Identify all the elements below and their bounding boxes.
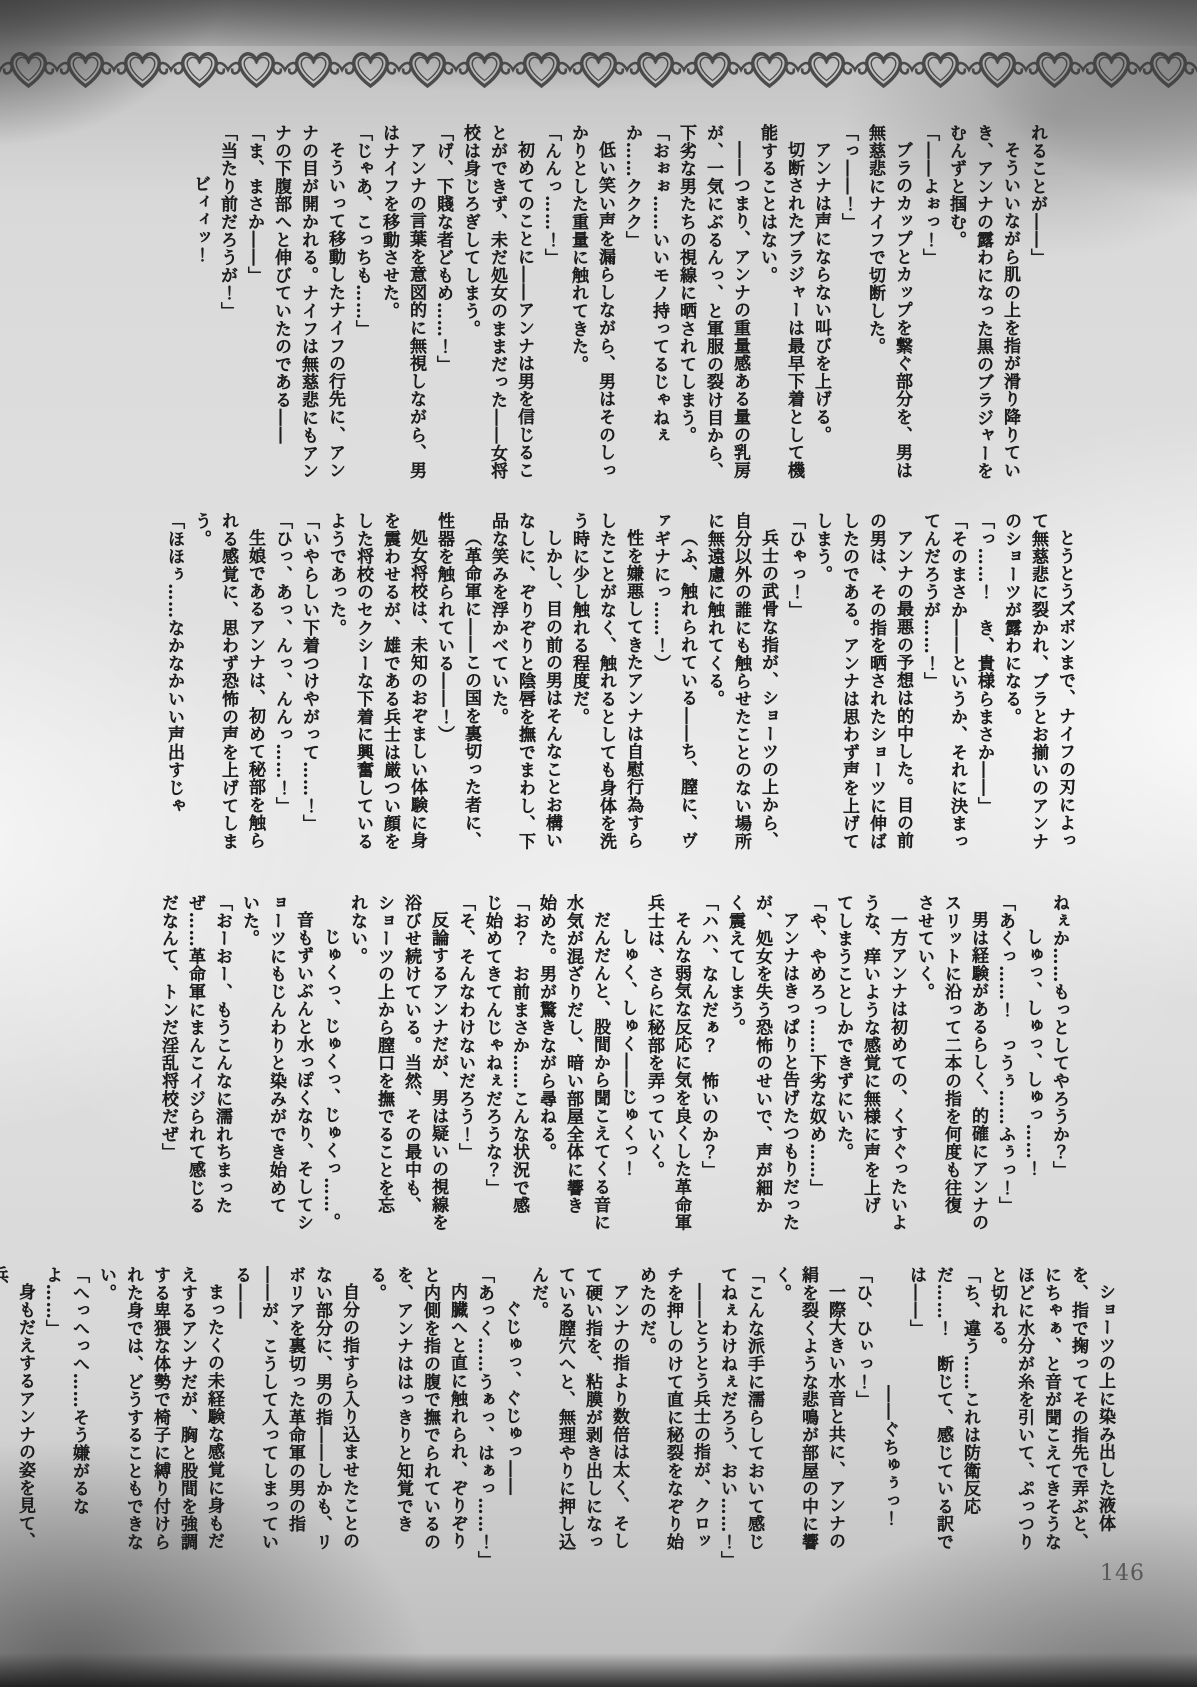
paragraph: アンナはきっぱりと告げたつもりだったが、処女を失う恐怖のせいで、声が細かく震えて… [721, 894, 802, 1232]
paragraph: アンナの最悪の予想は的中した。目の前の男は、その指を晒されたショーツに伸ばしたの… [808, 512, 916, 860]
paragraph: まったくの未経験な感覚に身もだえするアンナだが、胸と股間を強調する卑猥な体勢で椅… [92, 1266, 227, 1564]
paragraph: しゅっ、しゅっ、しゅっ……！ [1018, 894, 1045, 1232]
page-number: 146 [1100, 1561, 1145, 1586]
paragraph: 低い笑い声を漏らしながら、男はそのしっかりとした重量に触れてきた。 [564, 124, 618, 480]
paragraph: 「じゃあ、こっちも……」 [348, 124, 375, 480]
paragraph: 「ひっ、あっ、んっ、んんっ……！」 [268, 512, 295, 860]
bottom-gradient-shade [0, 1653, 1197, 1687]
paragraph: ぐじゅっ、ぐじゅっ―― [497, 1266, 524, 1564]
paragraph: 「そ、そんなわけないだろう！」 [451, 894, 478, 1232]
paragraph: 「お？ お前まさか……こんな状況で感じ始めてきてんじゃねぇだろうな？」 [478, 894, 532, 1232]
paragraph: しかし、目の前の男はそんなことお構いなしに、ぞりぞりと陰唇を撫でまわし、下品な笑… [484, 512, 565, 860]
paragraph: アンナの言葉を意図的に無視しながら、男はナイフを移動させた。 [375, 124, 429, 480]
paragraph: アンナの指より数倍は太く、そして硬い指を、粘膜が剥き出しになっている膣穴へと、無… [524, 1266, 632, 1564]
paragraph: 初めてのことに――アンナは男を信じることができず、未だ処女のままだった――女将校… [456, 124, 537, 480]
paragraph: 内臓へと直に触れられ、ぞりぞりと内側を指の腹で撫でられているのを、アンナははっき… [362, 1266, 470, 1564]
paragraph: ねぇか……もっとしてやろうか？」 [1045, 894, 1072, 1232]
paragraph: 「んんっ……！」 [537, 124, 564, 480]
paragraph: 「こんな派手に濡らしておいて感じてねぇわけねぇだろう、おい……！」 [713, 1266, 767, 1564]
paragraph: 「ま、まさか――」 [240, 124, 267, 480]
paragraph: （ふ、触れられている――ち、膣に、ヴァギナにっ……！） [646, 512, 700, 860]
paragraph: 「あくっ……！ っうぅ……ふぅっ！」 [991, 894, 1018, 1232]
paragraph: 音もずいぶんと水っぽくなり、そしてショーツにもじんわりと染みができ始めていた。 [235, 894, 316, 1232]
paragraph: ショーツの上に染み出した液体を、指で掬ってその指先で弄ぶと、にちゃぁ、と音が聞こ… [983, 1266, 1118, 1564]
paragraph: 「や、やめろっ……下劣な奴め……」 [802, 894, 829, 1232]
paragraph: 「そのまさか――というか、それに決まってんだろうが……！」 [916, 512, 970, 860]
paragraph: アンナは声にならない叫びを上げる。 [807, 124, 834, 480]
text-block-2: とうとうズボンまで、ナイフの刃によって無慈悲に裂かれ、ブラとお揃いのアンナのショ… [160, 512, 1078, 860]
paragraph: 身もだえするアンナの姿を見て、兵 [0, 1266, 38, 1564]
paragraph: 「ち、違う……これは防衛反応だ……！ 断じて、感じている訳では――」 [902, 1266, 983, 1564]
paragraph: 「ハハ、なんだぁ？ 怖いのか？」 [694, 894, 721, 1232]
paragraph: 「げ、下賤な者どもめ……！」 [429, 124, 456, 480]
paragraph: 「ひ、ひぃっ！」 [848, 1266, 875, 1564]
paragraph: ――ぐちゅぅっ！ [875, 1266, 902, 1564]
paragraph: 「っ……！ き、貴様らまさか――」 [970, 512, 997, 860]
paragraph: ブラのカップとカップを繋ぐ部分を、男は無慈悲にナイフで切断した。 [861, 124, 915, 480]
paragraph: 「おーおー、もうこんなに濡れちまったぜ……革命軍にまんこイジられて感じるだなんて… [154, 894, 235, 1232]
paragraph: そういいながら肌の上を指が滑り降りていき、アンナの露わになった黒のブラジャーをむ… [942, 124, 1023, 480]
paragraph: 自分の指すら入り込ませたことのない部分に、男の指――しかも、リボリアを裏切った革… [227, 1266, 362, 1564]
paragraph: 性を嫌悪してきたアンナは自慰行為すらしたことがなく、触れるとしても身体を洗う時に… [565, 512, 646, 860]
paragraph: じゅくっ、じゅくっ、じゅくっ……。 [316, 894, 343, 1232]
paragraph: とうとうズボンまで、ナイフの刃によって無慈悲に裂かれ、ブラとお揃いのアンナのショ… [997, 512, 1078, 860]
paragraph: 「おぉぉ……いいモノ持ってるじゃねぇか……ククク」 [618, 124, 672, 480]
paragraph: ビィィッ！ [186, 124, 213, 480]
paragraph: 「あっく……うぁっ、はぁっ……！」 [470, 1266, 497, 1564]
paragraph: 「当たり前だろうが！」 [213, 124, 240, 480]
paragraph: 「っ――！」 [834, 124, 861, 480]
paragraph: だんだんと、股間から聞こえてくる音に水気が混ざりだし、暗い部屋全体に響き始めた。… [532, 894, 613, 1232]
paragraph: 一際大きい水音と共に、アンナの絹を裂くような悲鳴が部屋の中に響く。 [767, 1266, 848, 1564]
paragraph: 反論するアンナだが、男は疑いの視線を浴びせ続けている。当然、その最中も、ショーツ… [343, 894, 451, 1232]
paragraph: 切断されたブラジャーは最早下着として機能することはない。 [753, 124, 807, 480]
paragraph: ――とうとう兵士の指が、クロッチを押しのけて直に秘裂をなぞり始めたのだ。 [632, 1266, 713, 1564]
text-area: れることが――」そういいながら肌の上を指が滑り降りていき、アンナの露わになった黒… [0, 0, 1197, 1687]
paragraph: （革命軍に――この国を裏切った者に、性器を触られている――！） [430, 512, 484, 860]
paragraph: 男は経験があるらしく、的確にアンナのスリットに沿って二本の指を何度も往復させてい… [910, 894, 991, 1232]
text-block-3: ねぇか……もっとしてやろうか？」しゅっ、しゅっ、しゅっ……！「あくっ……！ っう… [154, 894, 1072, 1232]
paragraph: 「いやらしい下着つけやがって……！」 [295, 512, 322, 860]
paragraph: 「へっへっへ……そう嫌がるなよ……」 [38, 1266, 92, 1564]
paragraph: 「ほほぅ……なかなかいい声出すじゃ [160, 512, 187, 860]
paragraph: 兵士の武骨な指が、ショーツの上から、自分以外の誰にも触らせたことのない場所に無遠… [700, 512, 781, 860]
paragraph: ――つまり、アンナの重量感ある量の乳房が、一気にぶるんっ、と軍服の裂け目から、下… [672, 124, 753, 480]
paragraph: れることが――」 [1023, 124, 1050, 480]
paragraph: 処女将校は、未知のおぞましい体験に身を震わせるが、雄である兵士は厳つい顔をした将… [322, 512, 430, 860]
paragraph: そんな弱気な反応に気を良くした革命軍兵士は、さらに秘部を弄っていく。 [640, 894, 694, 1232]
novel-page: れることが――」そういいながら肌の上を指が滑り降りていき、アンナの露わになった黒… [0, 0, 1197, 1687]
text-block-1: れることが――」そういいながら肌の上を指が滑り降りていき、アンナの露わになった黒… [186, 124, 1050, 480]
paragraph: そういって移動したナイフの行先に、アンナの目が開かれる。ナイフは無慈悲にもアンナ… [267, 124, 348, 480]
paragraph: 「――よぉっ！」 [915, 124, 942, 480]
paragraph: 「ひゃっ！」 [781, 512, 808, 860]
paragraph: しゅく、しゅく――じゅくっ！ [613, 894, 640, 1232]
text-block-4: ショーツの上に染み出した液体を、指で掬ってその指先で弄ぶと、にちゃぁ、と音が聞こ… [0, 1266, 1118, 1564]
paragraph: 一方アンナは初めての、くすぐったいような、痒いような感覚に無様に声を上げてしまう… [829, 894, 910, 1232]
paragraph: 生娘であるアンナは、初めて秘部を触られる感覚に、思わず恐怖の声を上げてしまう。 [187, 512, 268, 860]
